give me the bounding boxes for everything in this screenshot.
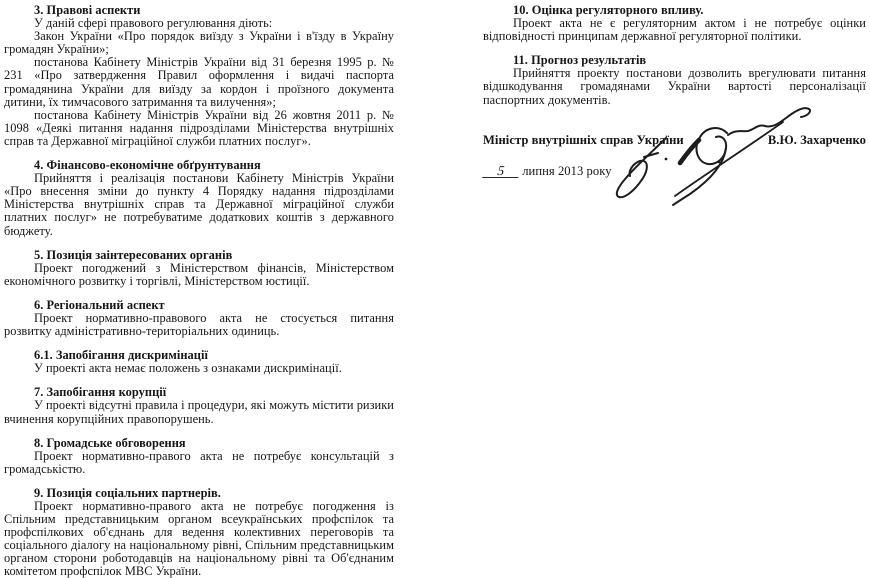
section-heading: 8. Громадське обговорення <box>4 437 394 450</box>
document-section: 10. Оцінка регуляторного впливу.Проект а… <box>483 4 866 43</box>
document-section: 9. Позиція соціальних партнерів.Проект н… <box>4 487 394 578</box>
section-paragraph: Проект нормативно-правого акта не потреб… <box>4 500 394 578</box>
minister-row: Міністр внутрішніх справ України В.Ю. За… <box>483 134 866 147</box>
signature-block: Міністр внутрішніх справ України В.Ю. За… <box>483 134 866 178</box>
section-paragraph: Проект нормативно-правового акта не стос… <box>4 312 394 338</box>
section-paragraph: Проект нормативно-правого акта не потреб… <box>4 450 394 476</box>
document-page: 3. Правові аспектиУ даній сфері правовог… <box>0 0 870 578</box>
minister-title: Міністр внутрішніх справ України <box>483 134 684 147</box>
section-heading: 5. Позиція заінтересованих органів <box>4 249 394 262</box>
section-paragraph: У проекті відсутні правила і процедури, … <box>4 399 394 425</box>
section-paragraph: Проект погоджений з Міністерством фінанс… <box>4 262 394 288</box>
section-paragraph: Закон України «Про порядок виїзду з Укра… <box>4 30 394 56</box>
date-text: липня 2013 року <box>522 164 611 178</box>
document-section: 6. Регіональний аспектПроект нормативно-… <box>4 299 394 338</box>
document-section: 3. Правові аспектиУ даній сфері правовог… <box>4 4 394 148</box>
document-section: 11. Прогноз результатівПрийняття проекту… <box>483 54 866 106</box>
date-line: 5 липня 2013 року <box>483 164 866 178</box>
section-paragraph: Проект акта не є регуляторним актом і не… <box>483 17 866 43</box>
section-heading: 6. Регіональний аспект <box>4 299 394 312</box>
left-column: 3. Правові аспектиУ даній сфері правовог… <box>4 4 394 578</box>
document-section: 6.1. Запобігання дискримінаціїУ проекті … <box>4 349 394 375</box>
section-paragraph: постанова Кабінету Міністрів України від… <box>4 56 394 108</box>
document-section: 4. Фінансово-економічне обґрунтуванняПри… <box>4 159 394 238</box>
document-section: 7. Запобігання корупціїУ проекті відсутн… <box>4 386 394 425</box>
section-paragraph: постанова Кабінету Міністрів України від… <box>4 109 394 148</box>
section-paragraph: Прийняття і реалізація постанови Кабінет… <box>4 172 394 237</box>
date-day-handwritten: 5 <box>482 164 519 178</box>
minister-name: В.Ю. Захарченко <box>768 134 866 147</box>
right-column: 10. Оцінка регуляторного впливу.Проект а… <box>483 4 866 178</box>
section-paragraph: Прийняття проекту постанови дозволить вр… <box>483 67 866 106</box>
document-section: 8. Громадське обговоренняПроект норматив… <box>4 437 394 476</box>
section-paragraph: У проекті акта немає положень з ознаками… <box>4 362 394 375</box>
document-section: 5. Позиція заінтересованих органівПроект… <box>4 249 394 288</box>
right-column-sections: 10. Оцінка регуляторного впливу.Проект а… <box>483 4 866 107</box>
